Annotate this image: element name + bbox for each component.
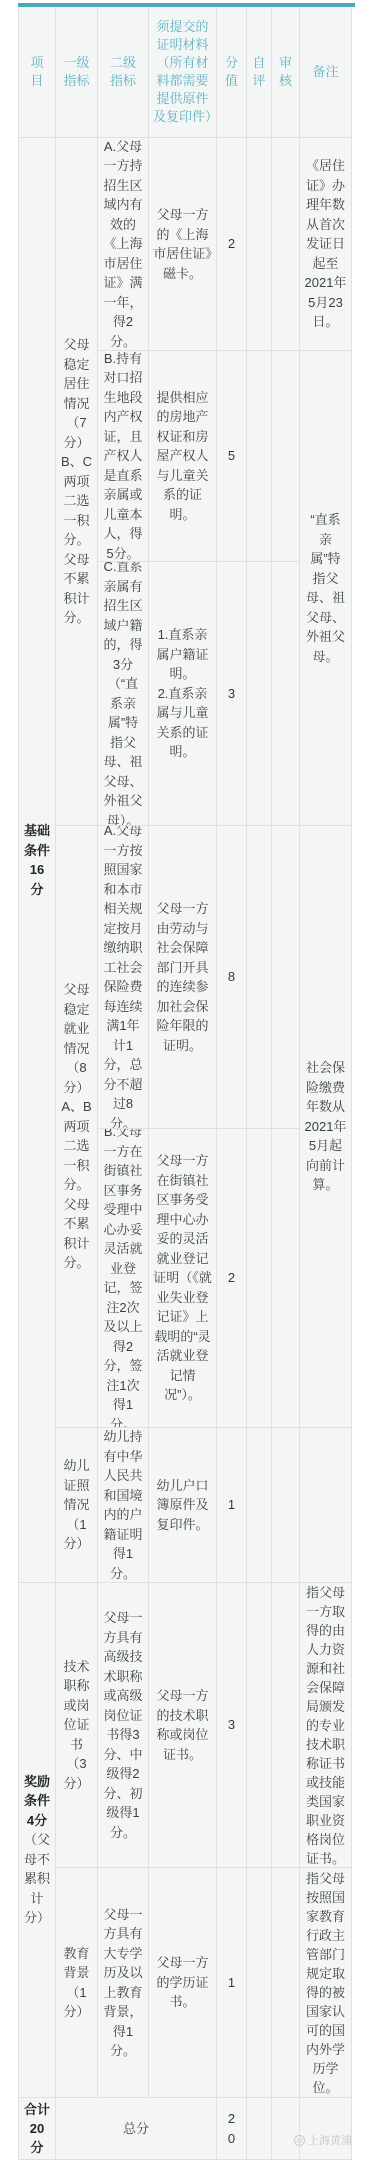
- total-label: 总分: [56, 2098, 217, 2160]
- total-score-value: 20: [227, 2109, 236, 2148]
- score-housing-a: 2: [217, 138, 247, 351]
- materials-housing-a: 父母一方的《上海市居住证》磁卡。: [149, 138, 217, 351]
- score-employment-b: 2: [217, 1129, 247, 1428]
- criteria-child-cert: 幼儿持有中华人民共和国境内的户籍证明得1分。: [98, 1428, 149, 1583]
- item-total: 合计20分: [19, 2098, 56, 2160]
- self-eval-employment-a: [247, 826, 272, 1129]
- review-housing-b: [272, 351, 300, 562]
- bonus-note: （父母不累积计分）: [24, 1832, 50, 1925]
- materials-tech-title: 父母一方的技术职称或岗位证书。: [149, 1583, 217, 1868]
- materials-education: 父母一方的学历证书。: [149, 1868, 217, 2098]
- review-child-cert: [272, 1428, 300, 1583]
- self-eval-child-cert: [247, 1428, 272, 1583]
- header-level2: 二级指标: [98, 7, 149, 138]
- item-bonus-conditions: 奖励条件4分（父母不累积计分）: [19, 1583, 56, 2098]
- indicator-child-cert: 幼儿证照情况（1分）: [56, 1428, 98, 1583]
- materials-employment-a: 父母一方由劳动与社会保障部门开具的连续参加社会保险年限的证明。: [149, 826, 217, 1129]
- review-housing-c: [272, 562, 300, 826]
- review-total: [272, 2098, 300, 2160]
- remark-housing-a: 《居住证》办理年数从首次发证日起至2021年5月23日。: [300, 138, 352, 351]
- review-housing-a: [272, 138, 300, 351]
- score-child-cert: 1: [217, 1428, 247, 1583]
- remark-housing-bc: “直系亲属”特指父母、祖父母、外祖父母。: [300, 351, 352, 826]
- header-review: 审核: [272, 7, 300, 138]
- criteria-employment-b: B.父母一方在街镇社区事务受理中心办妥灵活就业登记，签注2次及以上得2分，签注1…: [98, 1129, 149, 1428]
- remark-tech-title: 指父母一方取得的由人力资源和社会保障局颁发的专业技术职称证书或技能类国家职业资格…: [300, 1583, 352, 1868]
- header-materials: 须提交的证明材料（所有材料都需要提供原件及复印件）: [149, 7, 217, 138]
- self-eval-housing-b: [247, 351, 272, 562]
- materials-child-cert: 幼儿户口簿原件及复印件。: [149, 1428, 217, 1583]
- materials-housing-b: 提供相应的房地产权证和房屋产权人与儿童关系的证明。: [149, 351, 217, 562]
- criteria-housing-b: B.持有对口招生地段内产权证，且产权人是直系亲属或儿童本人，得5分。: [98, 351, 149, 562]
- scoring-table: 项目 一级指标 二级指标 须提交的证明材料（所有材料都需要提供原件及复印件） 分…: [18, 7, 351, 2160]
- indicator-employment: 父母稳定就业情况（8分）A、B两项二选一积分。父母不累积计分。: [56, 826, 98, 1428]
- header-level1: 一级指标: [56, 7, 98, 138]
- indicator-housing: 父母稳定居住情况（7分）B、C两项二选一积分。父母不累积计分。: [56, 138, 98, 826]
- review-education: [272, 1868, 300, 2098]
- header-self-eval: 自评: [247, 7, 272, 138]
- materials-employment-b: 父母一方在街镇社区事务受理中心办妥的灵活就业登记证明（《就业失业登记证》上载明的…: [149, 1129, 217, 1428]
- criteria-education: 父母一方具有大专学历及以上教育背景，得1分。: [98, 1868, 149, 2098]
- review-employment-a: [272, 826, 300, 1129]
- score-housing-c: 3: [217, 562, 247, 826]
- footer-watermark-text: 上海黄浦: [308, 2132, 352, 2148]
- header-remarks: 备注: [300, 7, 352, 138]
- remark-child-cert: [300, 1428, 352, 1583]
- self-eval-housing-a: [247, 138, 272, 351]
- indicator-tech-title: 技术职称或岗位证书（3分）: [56, 1583, 98, 1868]
- score-employment-a: 8: [217, 826, 247, 1129]
- header-score: 分值: [217, 7, 247, 138]
- self-eval-employment-b: [247, 1129, 272, 1428]
- score-housing-b: 5: [217, 351, 247, 562]
- criteria-housing-c: C.直系亲属有招生区域户籍的，得3分（“直系亲属”特指父母、祖父母、外祖父母）。: [98, 562, 149, 826]
- remark-total: [300, 2098, 352, 2160]
- footer-watermark: 上海黄浦: [294, 2132, 352, 2148]
- review-tech-title: [272, 1583, 300, 1868]
- footer-logo-icon: [294, 2135, 305, 2146]
- criteria-housing-a: A.父母一方持招生区域内有效的《上海市居住证》满一年，得2分。: [98, 138, 149, 351]
- header-item: 项目: [19, 7, 56, 138]
- score-education: 1: [217, 1868, 247, 2098]
- remark-education: 指父母按照国家教育行政主管部门规定取得的被国家认可的国内外学历学位。: [300, 1868, 352, 2098]
- criteria-employment-a: A.父母一方按照国家和本市相关规定按月缴纳职工社会保险费每连续满1年计1分，总分…: [98, 826, 149, 1129]
- review-employment-b: [272, 1129, 300, 1428]
- criteria-tech-title: 父母一方具有高级技术职称或高级岗位证书得3分、中级得2分、初级得1分。: [98, 1583, 149, 1868]
- self-eval-tech-title: [247, 1583, 272, 1868]
- remark-employment: 社会保险缴费年数从2021年5月起向前计算。: [300, 826, 352, 1428]
- total-score: 20: [217, 2098, 247, 2160]
- self-eval-total: [247, 2098, 272, 2160]
- bonus-label: 奖励条件4分: [24, 1774, 50, 1828]
- scoring-table-page: 上哪学 项目 一级指标 二级指标 须提交的证明材料（所有材料都需要提供原件及复印…: [0, 0, 368, 2172]
- score-tech-title: 3: [217, 1583, 247, 1868]
- self-eval-housing-c: [247, 562, 272, 826]
- materials-housing-c: 1.直系亲属户籍证明。 2.直系亲属与儿童关系的证明。: [149, 562, 217, 826]
- self-eval-education: [247, 1868, 272, 2098]
- indicator-education: 教育背景（1分）: [56, 1868, 98, 2098]
- item-basic-conditions: 基础条件16分: [19, 138, 56, 1583]
